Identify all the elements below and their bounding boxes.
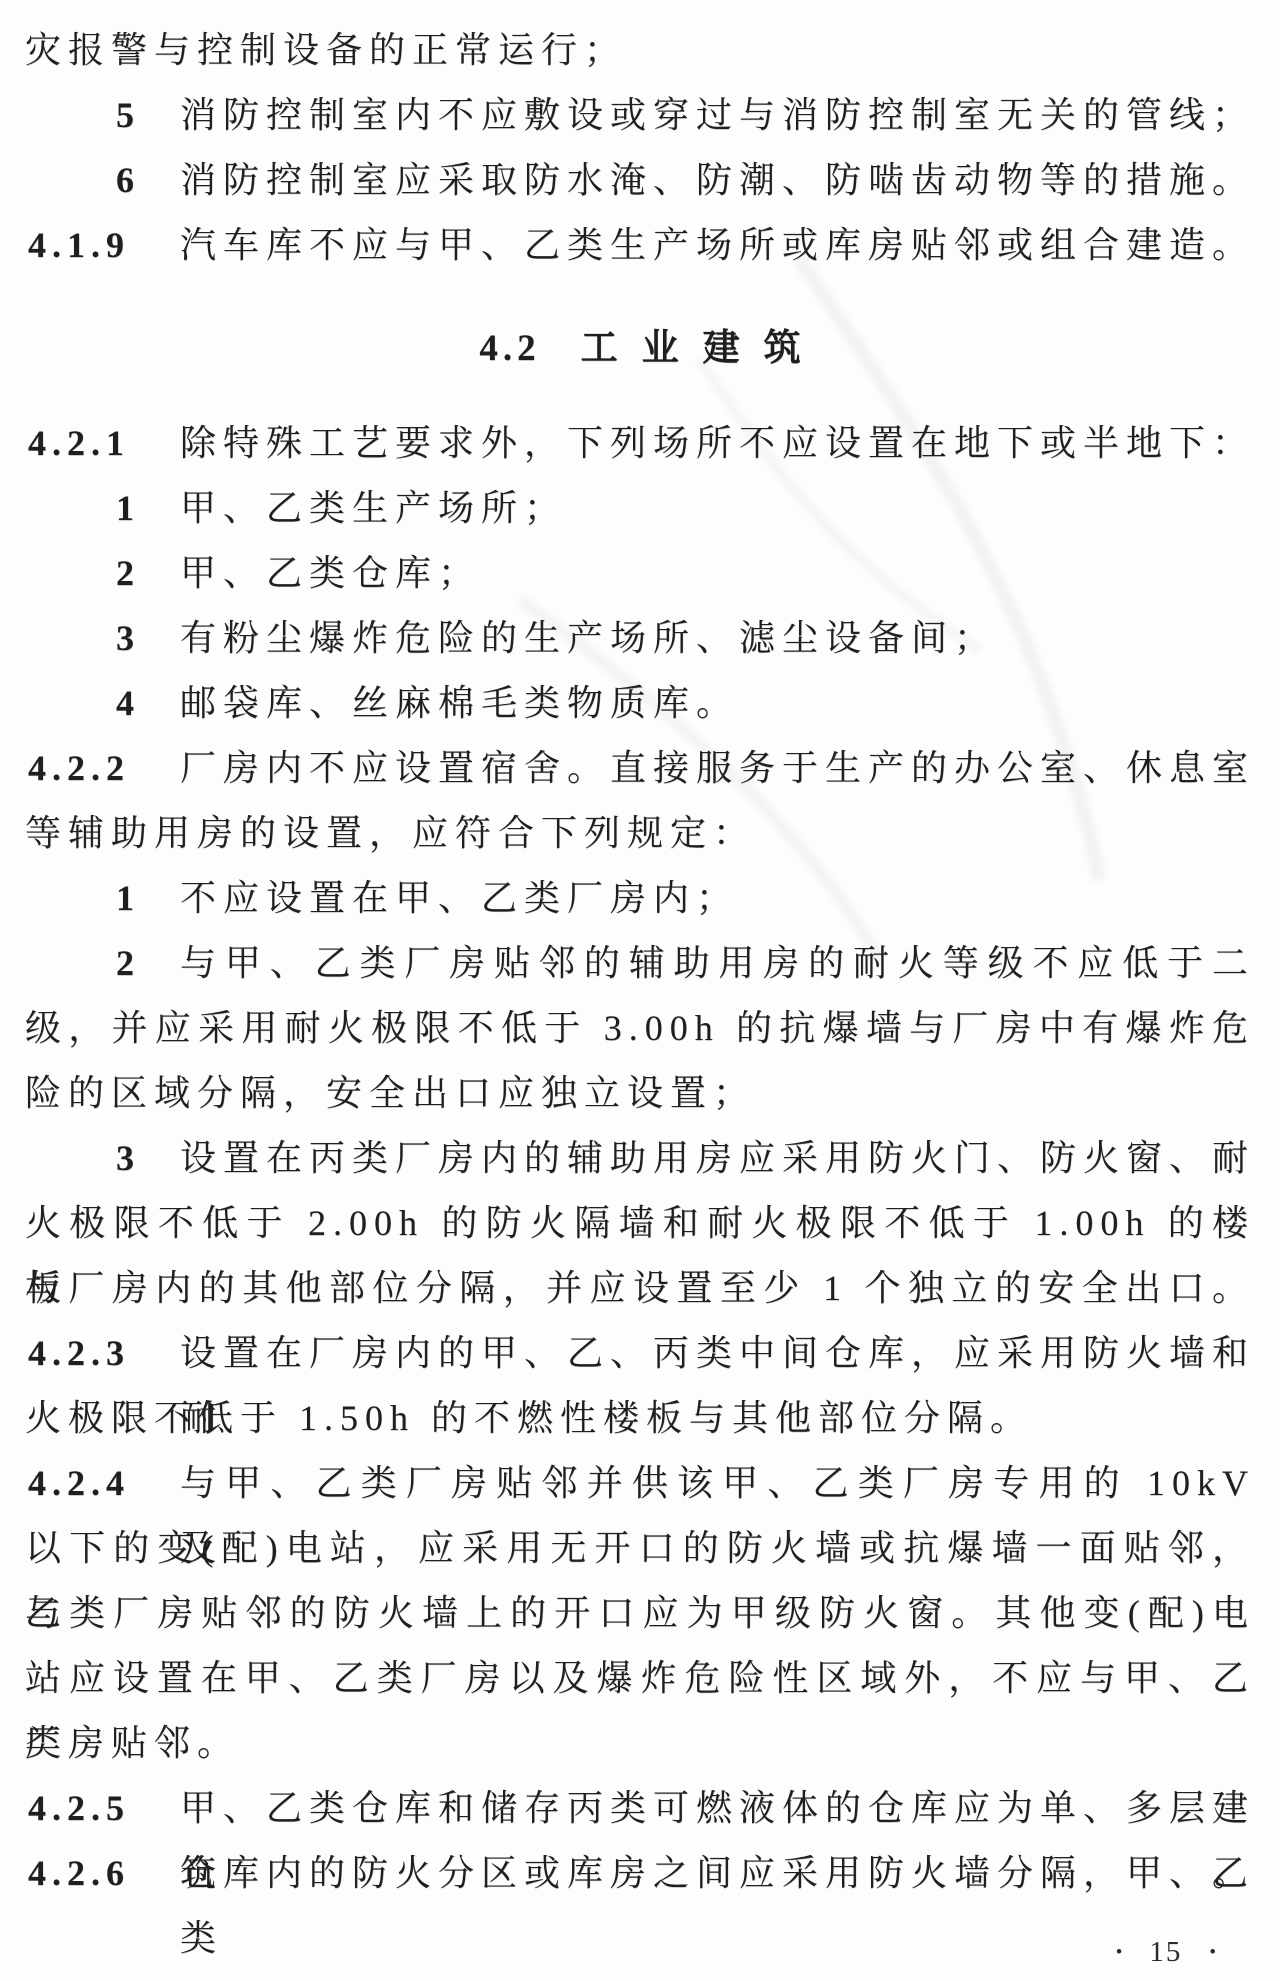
continuation-line: 站应设置在甲、乙类厂房以及爆炸危险性区域外，不应与甲、乙类 [25,1646,1255,1711]
line-text: 设置在丙类厂房内的辅助用房应采用防火门、防火窗、耐 [180,1126,1255,1191]
line-text: 除特殊工艺要求外，下列场所不应设置在地下或半地下： [180,411,1255,476]
line-text: 站应设置在甲、乙类厂房以及爆炸危险性区域外，不应与甲、乙类 [25,1646,1255,1711]
line-text: 厂房内不应设置宿舍。直接服务于生产的办公室、休息室 [180,736,1255,801]
clause-line: 4.1.9 汽车库不应与甲、乙类生产场所或库房贴邻或组合建造。 [25,213,1255,278]
line-text: 消防控制室内不应敷设或穿过与消防控制室无关的管线； [180,83,1255,148]
item-number: 4 [25,671,180,736]
line-text: 甲、乙类生产场所； [180,476,1255,541]
clause-line: 4.2.2 厂房内不应设置宿舍。直接服务于生产的办公室、休息室 [25,736,1255,801]
continuation-line: 灾报警与控制设备的正常运行； [25,18,1255,83]
footer-left-dot: • [1116,1943,1123,1962]
line-text: 甲、乙类仓库和储存丙类可燃液体的仓库应为单、多层建筑。 [180,1776,1255,1841]
line-text: 与甲、乙类厂房贴邻并供该甲、乙类厂房专用的 10kV 及 [180,1451,1255,1516]
section-heading: 4.2 工业建筑 [25,316,1255,381]
line-text: 汽车库不应与甲、乙类生产场所或库房贴邻或组合建造。 [180,213,1255,278]
line-text: 甲、乙类仓库； [180,541,1255,606]
line-text: 消防控制室应采取防水淹、防潮、防啮齿动物等的措施。 [180,148,1255,213]
item-number: 2 [25,541,180,606]
clause-number: 4.2.1 [25,411,180,476]
document-page: 灾报警与控制设备的正常运行； 5 消防控制室内不应敷设或穿过与消防控制室无关的管… [0,0,1280,1981]
line-text: 级，并应采用耐火极限不低于 3.00h 的抗爆墙与厂房中有爆炸危 [25,996,1255,1061]
clause-line: 4.2.6 仓库内的防火分区或库房之间应采用防火墙分隔，甲、乙类 [25,1841,1255,1906]
page-footer: • 15 • [1116,1936,1216,1969]
continuation-line: 火极限不低于 1.50h 的不燃性楼板与其他部位分隔。 [25,1386,1255,1451]
numbered-item-line: 2 甲、乙类仓库； [25,541,1255,606]
clause-number: 4.1.9 [25,213,180,278]
continuation-line: 厂房贴邻。 [25,1711,1255,1776]
line-text: 以下的变(配)电站，应采用无开口的防火墙或抗爆墙一面贴邻，与 [25,1516,1255,1581]
line-text: 不应设置在甲、乙类厂房内； [180,866,1255,931]
item-number: 3 [25,1126,180,1191]
line-text: 与厂房内的其他部位分隔，并应设置至少 1 个独立的安全出口。 [25,1256,1255,1321]
line-text: 险的区域分隔，安全出口应独立设置； [25,1061,1255,1126]
item-number: 2 [25,931,180,996]
clause-line: 4.2.5 甲、乙类仓库和储存丙类可燃液体的仓库应为单、多层建筑。 [25,1776,1255,1841]
line-text: 邮袋库、丝麻棉毛类物质库。 [180,671,1255,736]
section-heading-number: 4.2 [479,316,540,381]
numbered-item-line: 1 甲、乙类生产场所； [25,476,1255,541]
clause-number: 4.2.5 [25,1776,180,1841]
continuation-line: 以下的变(配)电站，应采用无开口的防火墙或抗爆墙一面贴邻，与 [25,1516,1255,1581]
clause-line: 4.2.1 除特殊工艺要求外，下列场所不应设置在地下或半地下： [25,411,1255,476]
continuation-line: 乙类厂房贴邻的防火墙上的开口应为甲级防火窗。其他变(配)电 [25,1581,1255,1646]
item-number: 1 [25,476,180,541]
clause-number: 4.2.4 [25,1451,180,1516]
item-number: 3 [25,606,180,671]
item-number: 6 [25,148,180,213]
page-number: 15 [1149,1936,1182,1969]
numbered-item-line: 6 消防控制室应采取防水淹、防潮、防啮齿动物等的措施。 [25,148,1255,213]
line-text: 仓库内的防火分区或库房之间应采用防火墙分隔，甲、乙类 [180,1841,1255,1906]
line-text: 火极限不低于 1.50h 的不燃性楼板与其他部位分隔。 [25,1386,1255,1451]
continuation-line: 险的区域分隔，安全出口应独立设置； [25,1061,1255,1126]
clause-number: 4.2.6 [25,1841,180,1906]
line-text: 火极限不低于 2.00h 的防火隔墙和耐火极限不低于 1.00h 的楼板 [25,1191,1255,1256]
continuation-line: 级，并应采用耐火极限不低于 3.00h 的抗爆墙与厂房中有爆炸危 [25,996,1255,1061]
item-number: 1 [25,866,180,931]
line-text: 有粉尘爆炸危险的生产场所、滤尘设备间； [180,606,1255,671]
line-text: 与甲、乙类厂房贴邻的辅助用房的耐火等级不应低于二 [180,931,1255,996]
line-text: 灾报警与控制设备的正常运行； [25,18,1255,83]
numbered-item-line: 2 与甲、乙类厂房贴邻的辅助用房的耐火等级不应低于二 [25,931,1255,996]
numbered-item-line: 5 消防控制室内不应敷设或穿过与消防控制室无关的管线； [25,83,1255,148]
continuation-line: 等辅助用房的设置，应符合下列规定： [25,801,1255,866]
line-text: 设置在厂房内的甲、乙、丙类中间仓库，应采用防火墙和耐 [180,1321,1255,1386]
line-text: 等辅助用房的设置，应符合下列规定： [25,801,1255,866]
clause-number: 4.2.2 [25,736,180,801]
continuation-line: 与厂房内的其他部位分隔，并应设置至少 1 个独立的安全出口。 [25,1256,1255,1321]
clause-line: 4.2.4 与甲、乙类厂房贴邻并供该甲、乙类厂房专用的 10kV 及 [25,1451,1255,1516]
numbered-item-line: 1 不应设置在甲、乙类厂房内； [25,866,1255,931]
numbered-item-line: 3 有粉尘爆炸危险的生产场所、滤尘设备间； [25,606,1255,671]
section-heading-title: 工业建筑 [581,316,825,381]
continuation-line: 火极限不低于 2.00h 的防火隔墙和耐火极限不低于 1.00h 的楼板 [25,1191,1255,1256]
footer-right-dot: • [1209,1943,1216,1962]
line-text: 厂房贴邻。 [25,1711,1255,1776]
item-number: 5 [25,83,180,148]
numbered-item-line: 3 设置在丙类厂房内的辅助用房应采用防火门、防火窗、耐 [25,1126,1255,1191]
clause-line: 4.2.3 设置在厂房内的甲、乙、丙类中间仓库，应采用防火墙和耐 [25,1321,1255,1386]
clause-number: 4.2.3 [25,1321,180,1386]
page-body: 灾报警与控制设备的正常运行； 5 消防控制室内不应敷设或穿过与消防控制室无关的管… [0,0,1280,1906]
line-text: 乙类厂房贴邻的防火墙上的开口应为甲级防火窗。其他变(配)电 [25,1581,1255,1646]
numbered-item-line: 4 邮袋库、丝麻棉毛类物质库。 [25,671,1255,736]
